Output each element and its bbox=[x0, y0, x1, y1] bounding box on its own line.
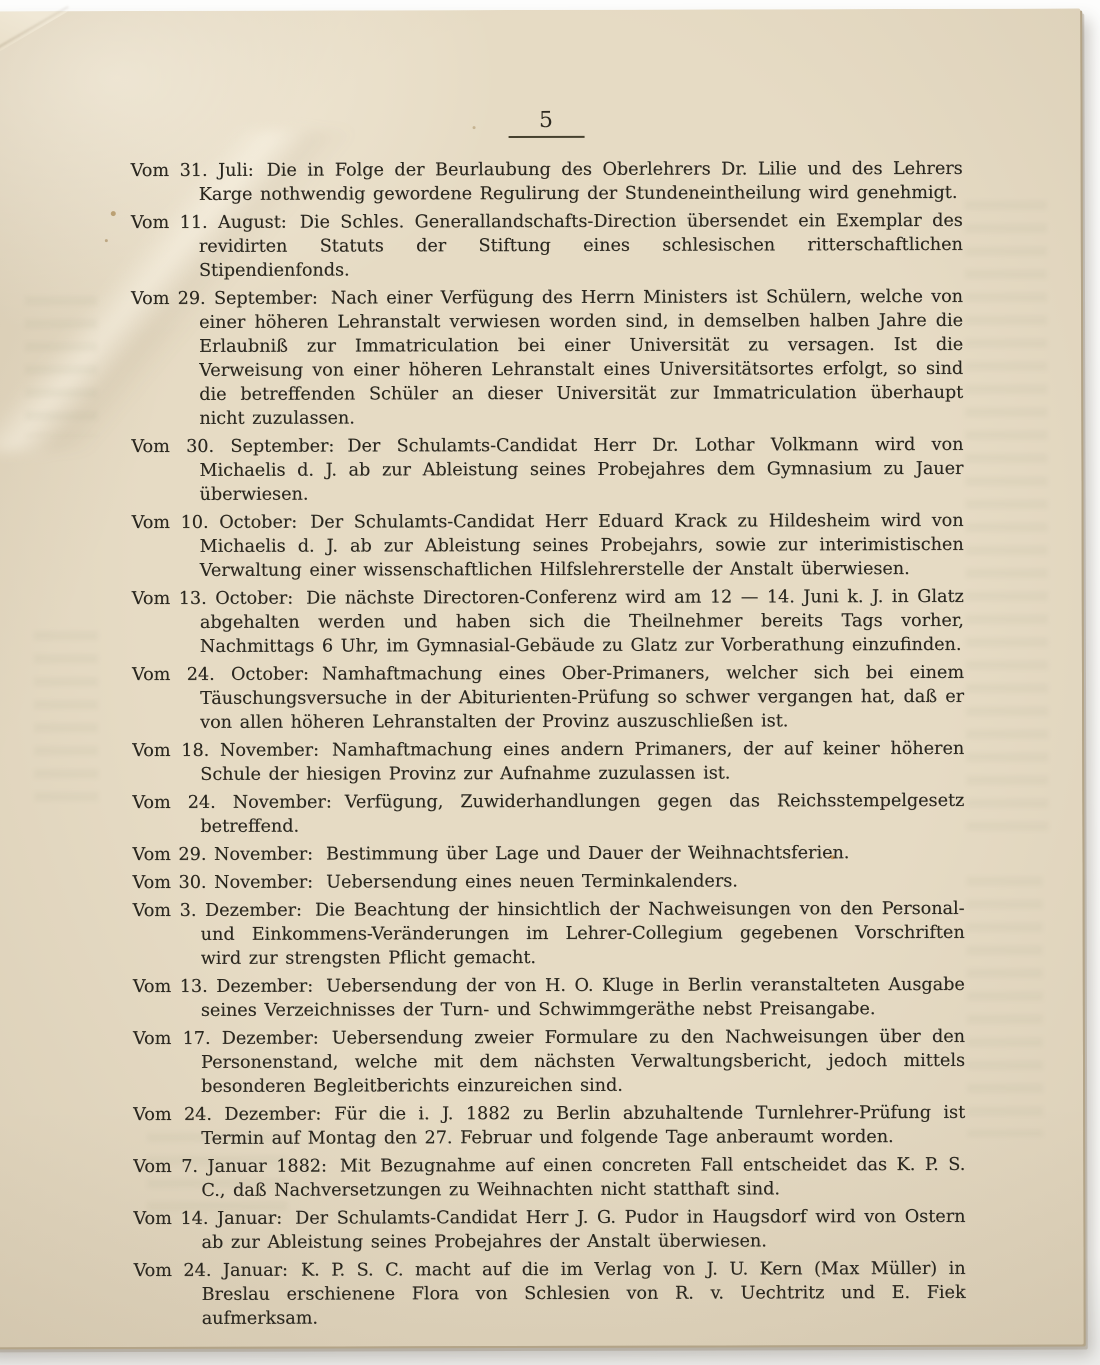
bleedthrough-smudge bbox=[25, 296, 97, 436]
entry-date-label: Vom 24. November: bbox=[132, 793, 331, 814]
entry-text: Uebersendung eines neuen Terminkalenders… bbox=[326, 871, 738, 892]
entry-text: Uebersendung der von H. O. Kluge in Berl… bbox=[201, 975, 965, 1021]
entry-text: Namhaftmachung eines Ober-Primaners, wel… bbox=[200, 663, 964, 733]
register-entry: Vom 29. September:Nach einer Verfügung d… bbox=[131, 285, 963, 431]
register-entry: Vom 24. November:Verfügung, Zuwiderhandl… bbox=[132, 789, 964, 839]
entry-date-label: Vom 29. September: bbox=[131, 289, 318, 309]
entry-date-label: Vom 3. Dezember: bbox=[133, 901, 302, 921]
scanned-page: 5 Vom 31. Juli:Die in Folge der Beurlaub… bbox=[0, 9, 1084, 1348]
entry-text: Bestimmung über Lage und Dauer der Weihn… bbox=[326, 843, 849, 864]
entry-text: Die in Folge der Beurlaubung des Oberleh… bbox=[199, 159, 963, 205]
register-entry: Vom 7. Januar 1882:Mit Bezugnahme auf ei… bbox=[133, 1153, 965, 1203]
register-entry: Vom 30. November:Uebersendung eines neue… bbox=[133, 869, 965, 895]
entry-date-label: Vom 24. October: bbox=[132, 665, 309, 685]
entry-text: Der Schulamts-Candidat Herr J. G. Pudor … bbox=[201, 1207, 965, 1253]
bleedthrough-smudge bbox=[965, 201, 1049, 841]
entry-date-label: Vom 30. September: bbox=[131, 437, 334, 458]
bleedthrough-smudge bbox=[34, 631, 98, 811]
entry-text: Die Schles. Generallandschafts-Direction… bbox=[199, 211, 963, 281]
decree-register-list: Vom 31. Juli:Die in Folge der Beurlaubun… bbox=[131, 157, 966, 1331]
page-number: 5 bbox=[539, 108, 554, 133]
entry-date-label: Vom 30. November: bbox=[133, 873, 314, 893]
entry-date-label: Vom 29. November: bbox=[132, 845, 313, 865]
foxing-speck bbox=[105, 239, 108, 242]
entry-text: Der Schulamts-Candidat Herr Eduard Krack… bbox=[200, 511, 964, 581]
foxing-speck bbox=[111, 211, 116, 216]
register-entry: Vom 24. Januar:K. P. S. C. macht auf die… bbox=[134, 1257, 966, 1331]
register-entry: Vom 13. October:Die nächste Directoren-C… bbox=[132, 585, 964, 659]
entry-date-label: Vom 14. Januar: bbox=[133, 1209, 282, 1229]
page-number-underline bbox=[509, 136, 585, 138]
register-entry: Vom 17. Dezember:Uebersendung zweier For… bbox=[133, 1025, 965, 1099]
register-entry: Vom 3. Dezember:Die Beachtung der hinsic… bbox=[133, 897, 965, 971]
register-entry: Vom 31. Juli:Die in Folge der Beurlaubun… bbox=[131, 157, 963, 207]
entry-date-label: Vom 18. November: bbox=[132, 741, 319, 761]
bleedthrough-smudge bbox=[967, 877, 1044, 1137]
entry-date-label: Vom 13. October: bbox=[132, 589, 293, 609]
page-header: 5 bbox=[131, 107, 963, 139]
register-entry: Vom 13. Dezember:Uebersendung der von H.… bbox=[133, 973, 965, 1023]
scan-background: 5 Vom 31. Juli:Die in Folge der Beurlaub… bbox=[0, 0, 1100, 1365]
register-entry: Vom 10. October:Der Schulamts-Candidat H… bbox=[132, 509, 964, 583]
entry-date-label: Vom 17. Dezember: bbox=[133, 1029, 319, 1049]
entry-date-label: Vom 13. Dezember: bbox=[133, 977, 313, 997]
entry-date-label: Vom 7. Januar 1882: bbox=[133, 1157, 327, 1178]
register-entry: Vom 30. September:Der Schulamts-Candidat… bbox=[131, 433, 963, 507]
page-content: 5 Vom 31. Juli:Die in Folge der Beurlaub… bbox=[131, 107, 966, 1331]
entry-text: K. P. S. C. macht auf die im Verlag von … bbox=[202, 1259, 966, 1329]
entry-date-label: Vom 24. Dezember: bbox=[133, 1105, 321, 1125]
entry-text: Die Beachtung der hinsichtlich der Nachw… bbox=[201, 899, 965, 969]
register-entry: Vom 29. November:Bestimmung über Lage un… bbox=[132, 841, 964, 867]
register-entry: Vom 14. Januar:Der Schulamts-Candidat He… bbox=[133, 1205, 965, 1255]
entry-date-label: Vom 10. October: bbox=[132, 513, 298, 533]
entry-date-label: Vom 11. August: bbox=[131, 213, 287, 233]
entry-date-label: Vom 24. Januar: bbox=[134, 1261, 288, 1281]
entry-text: Die nächste Directoren-Conferenz wird am… bbox=[200, 587, 964, 657]
entry-date-label: Vom 31. Juli: bbox=[131, 161, 254, 181]
register-entry: Vom 11. August:Die Schles. Generallandsc… bbox=[131, 209, 963, 283]
register-entry: Vom 24. Dezember:Für die i. J. 1882 zu B… bbox=[133, 1101, 965, 1151]
register-entry: Vom 24. October:Namhaftmachung eines Obe… bbox=[132, 661, 964, 735]
register-entry: Vom 18. November:Namhaftmachung eines an… bbox=[132, 737, 964, 787]
